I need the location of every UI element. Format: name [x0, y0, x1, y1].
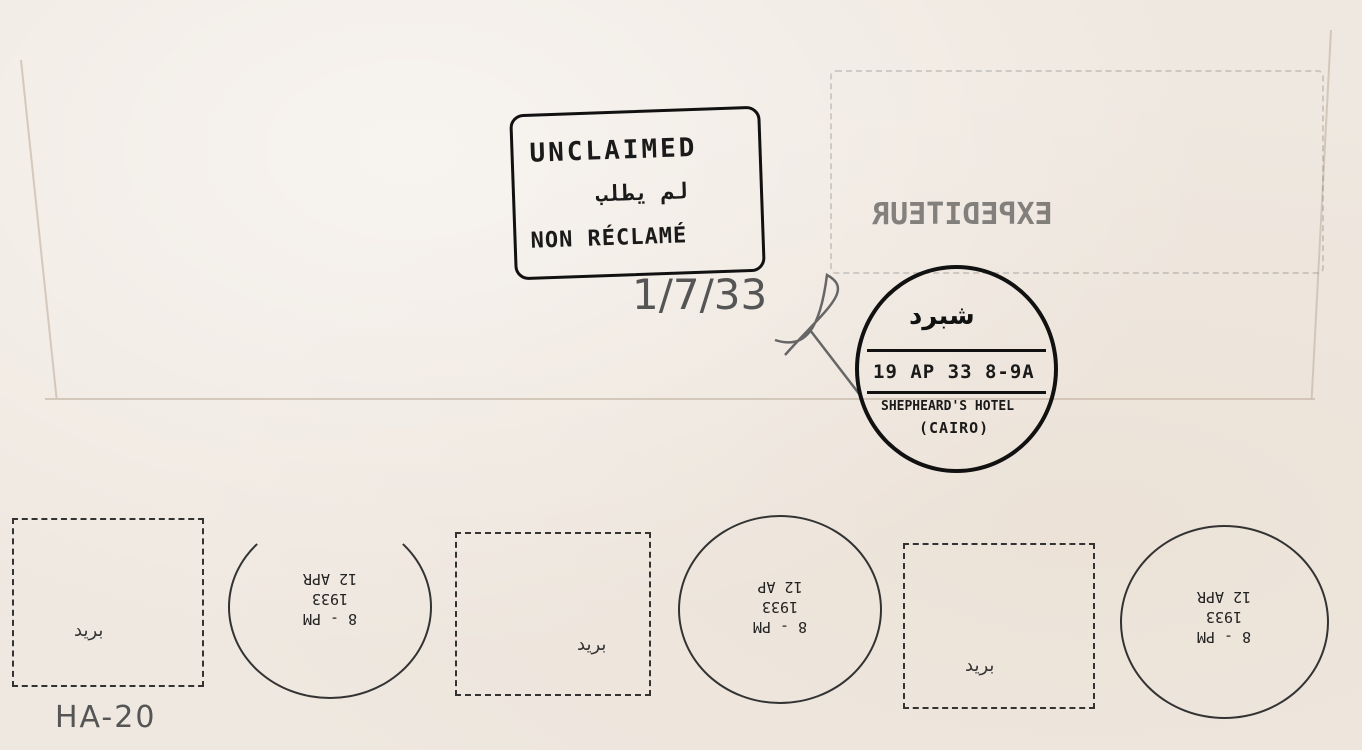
retour-mirrored-text: EXPEDITEUR	[872, 197, 1053, 232]
inverted-postmark-2-text: 8 - PM 1933 12 AP	[740, 577, 820, 637]
inverted-postmark-3-text: 8 - PM 1933 12 APR	[1184, 587, 1264, 647]
inverted-postmark-2-time: 8 - PM	[740, 617, 820, 637]
inverted-postmark-3-day: 12 APR	[1184, 587, 1264, 607]
inverted-postmark-2: 8 - PM 1933 12 AP	[678, 515, 882, 704]
inverted-postmark-1-year: 1933	[290, 589, 370, 609]
inverted-postmark-3: 8 - PM 1933 12 APR	[1120, 525, 1329, 719]
inverted-postmark-1-time: 8 - PM	[290, 609, 370, 629]
cairo-postmark-date: 19 AP 33 8-9A	[873, 361, 1035, 383]
cairo-postmark-office: SHEPHEARD'S HOTEL	[881, 399, 1014, 414]
postmark-bar-top	[867, 349, 1046, 352]
inverted-postmark-3-time: 8 - PM	[1184, 627, 1264, 647]
flap-fold-left	[20, 60, 58, 398]
envelope-back: UNCLAIMED لم يطلب NON RÉCLAMÉ EXPEDITEUR…	[0, 0, 1362, 750]
inverted-postmark-1-day: 12 APR	[290, 569, 370, 589]
cairo-postmark-city: (CAIRO)	[919, 419, 989, 437]
arabic-box-text-2: بريد	[577, 634, 606, 655]
unclaimed-text: UNCLAIMED	[529, 133, 698, 169]
unclaimed-handstamp: UNCLAIMED لم يطلب NON RÉCLAMÉ	[509, 106, 766, 281]
inverted-postmark-3-year: 1933	[1184, 607, 1264, 627]
arabic-box-mark-3: بريد	[903, 543, 1095, 709]
pencil-inventory-note: HA-20	[55, 700, 156, 735]
arabic-box-mark-2: بريد	[455, 532, 651, 696]
arabic-box-text-1: بريد	[74, 620, 103, 641]
inverted-postmark-1-text: 8 - PM 1933 12 APR	[290, 569, 370, 629]
pencil-date: 1/7/33	[632, 270, 767, 319]
pencil-scrawl-icon	[765, 270, 865, 400]
cairo-postmark-arabic: شبرد	[909, 301, 975, 331]
inverted-postmark-1: 8 - PM 1933 12 APR	[228, 515, 432, 699]
retour-offset-mark: EXPEDITEUR	[830, 70, 1324, 274]
inverted-postmark-2-day: 12 AP	[740, 577, 820, 597]
inverted-postmark-2-year: 1933	[740, 597, 820, 617]
unclaimed-arabic: لم يطلب	[595, 179, 689, 207]
flap-fold-bottom	[45, 398, 1315, 400]
postmark-bar-bottom	[867, 391, 1046, 394]
cairo-postmark: شبرد 19 AP 33 8-9A SHEPHEARD'S HOTEL (CA…	[855, 265, 1058, 473]
arabic-box-mark-1: بريد	[12, 518, 204, 687]
arabic-box-text-3: بريد	[965, 655, 994, 676]
non-reclame-text: NON RÉCLAMÉ	[530, 223, 687, 253]
